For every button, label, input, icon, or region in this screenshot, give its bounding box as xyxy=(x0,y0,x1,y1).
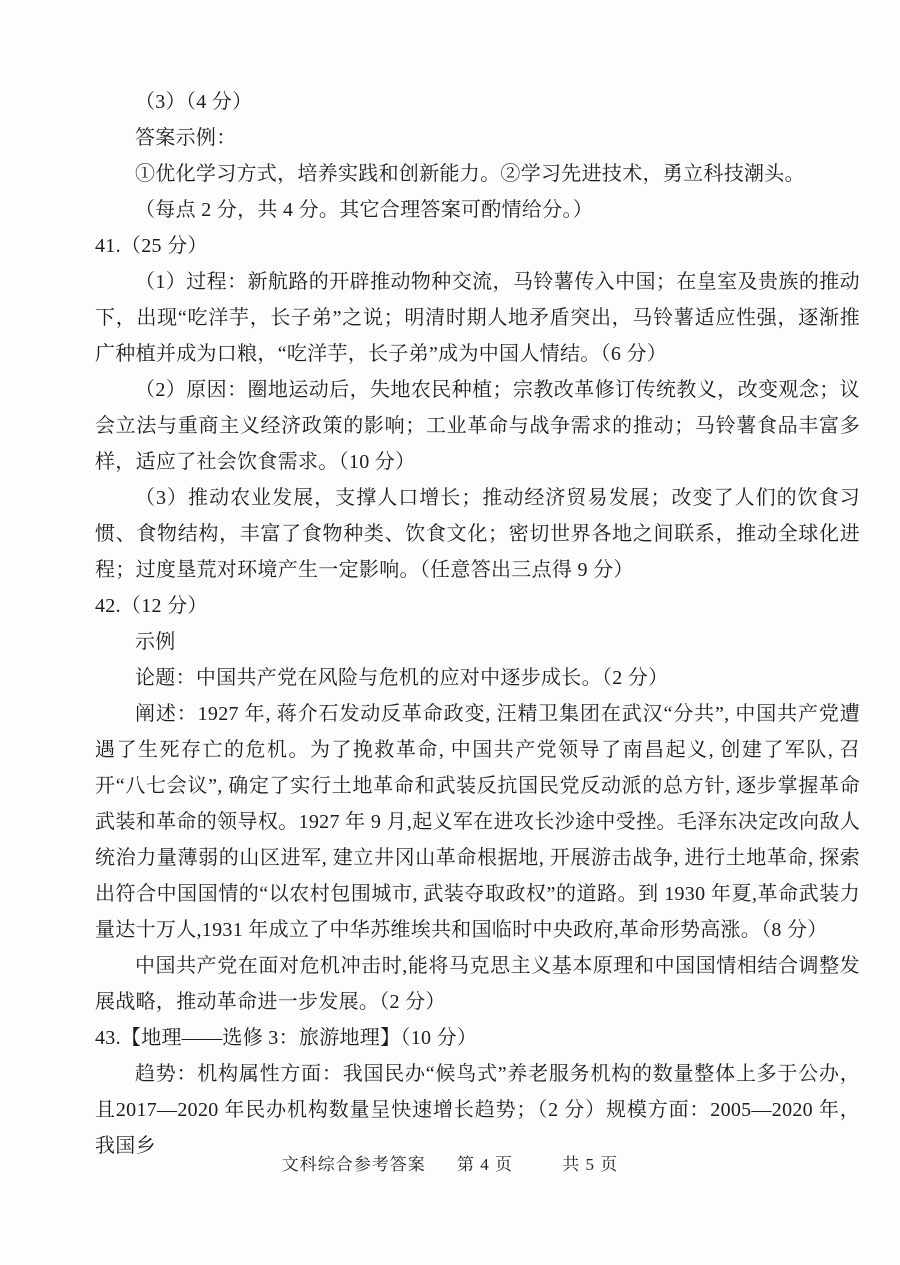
question-42-heading: 42.（12 分） xyxy=(95,588,860,624)
question-42-elaboration: 阐述：1927 年, 蒋介石发动反革命政变, 汪精卫集团在武汉“分共”, 中国共… xyxy=(95,696,860,948)
scoring-note: （每点 2 分，共 4 分。其它合理答案可酌情给分。） xyxy=(95,192,860,228)
question-41-part-1-answer: （1）过程：新航路的开辟推动物种交流，马铃薯传入中国；在皇室及贵族的推动下，出现… xyxy=(95,264,860,372)
footer-page-number: 第 4 页 xyxy=(457,1150,513,1175)
question-41-heading: 41.（25 分） xyxy=(95,228,860,264)
question-42-conclusion: 中国共产党在面对危机冲击时,能将马克思主义基本原理和中国国情相结合调整发展战略，… xyxy=(95,948,860,1020)
answer-point-3-header: （3）（4 分） xyxy=(95,84,860,120)
question-42-example-label: 示例 xyxy=(95,624,860,660)
question-43-heading: 43.【地理——选修 3：旅游地理】（10 分） xyxy=(95,1020,860,1056)
document-page: （3）（4 分） 答案示例： ①优化学习方式，培养实践和创新能力。②学习先进技术… xyxy=(0,0,900,1265)
footer-doc-title: 文科综合参考答案 xyxy=(282,1150,426,1175)
page-footer: 文科综合参考答案 第 4 页 共 5 页 xyxy=(0,1150,900,1175)
question-42-thesis: 论题：中国共产党在风险与危机的应对中逐步成长。（2 分） xyxy=(95,660,860,696)
footer-total-pages: 共 5 页 xyxy=(562,1150,618,1175)
question-41-part-3-answer: （3）推动农业发展，支撑人口增长；推动经济贸易发展；改变了人们的饮食习惯、食物结… xyxy=(95,480,860,588)
answer-example-label: 答案示例： xyxy=(95,120,860,156)
question-41-part-2-answer: （2）原因：圈地运动后，失地农民种植；宗教改革修订传统教义，改变观念；议会立法与… xyxy=(95,372,860,480)
answer-example-text: ①优化学习方式，培养实践和创新能力。②学习先进技术，勇立科技潮头。 xyxy=(95,156,860,192)
question-43-answer: 趋势：机构属性方面：我国民办“候鸟式”养老服务机构的数量整体上多于公办，且201… xyxy=(95,1056,860,1164)
document-body: （3）（4 分） 答案示例： ①优化学习方式，培养实践和创新能力。②学习先进技术… xyxy=(95,84,860,1164)
